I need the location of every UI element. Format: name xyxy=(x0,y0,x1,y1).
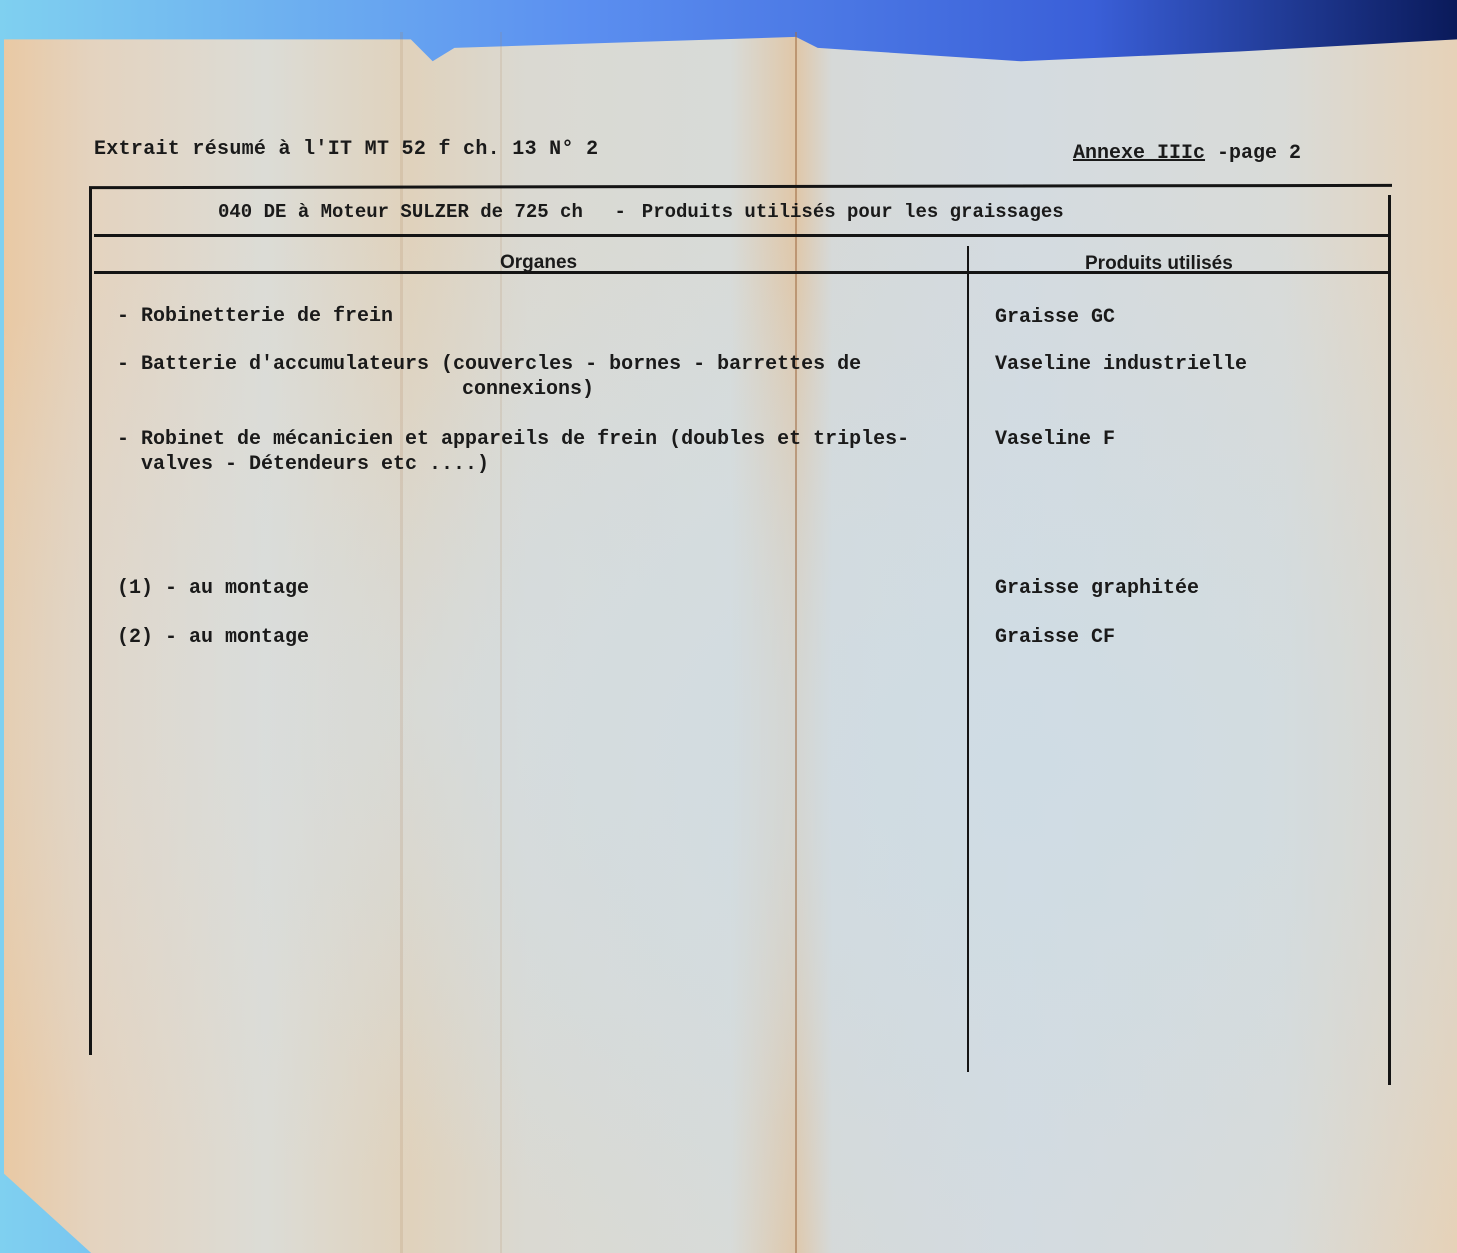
column-header-produits: Produits utilisés xyxy=(1085,253,1233,275)
organe-cell: - Robinet de mécanicien et appareils de … xyxy=(117,427,909,452)
column-divider xyxy=(967,246,969,1072)
produit-cell: Vaseline F xyxy=(995,427,1115,452)
produit-cell: Graisse GC xyxy=(995,305,1115,330)
title-separator: - xyxy=(615,201,626,223)
table-left-border xyxy=(89,187,92,1055)
produit-cell: Graisse CF xyxy=(995,625,1115,650)
document-reference: Extrait résumé à l'IT MT 52 f ch. 13 N° … xyxy=(94,138,598,161)
annex-page-label: Annexe IIIc -page 2 xyxy=(1073,142,1301,165)
organe-cell-continuation: valves - Détendeurs etc ....) xyxy=(141,452,489,477)
table-title: 040 DE à Moteur SULZER de 725 ch - Produ… xyxy=(218,201,1064,223)
organe-cell: (1) - au montage xyxy=(117,576,309,601)
column-header-organes: Organes xyxy=(500,252,577,274)
produit-cell: Graisse graphitée xyxy=(995,576,1199,601)
annex-label: Annexe IIIc xyxy=(1073,142,1205,165)
organe-cell: - Robinetterie de frein xyxy=(117,304,393,329)
page-label: -page 2 xyxy=(1205,142,1301,165)
locomotive-type: 040 DE à Moteur SULZER de 725 ch xyxy=(218,201,583,223)
organe-cell: - Batterie d'accumulateurs (couvercles -… xyxy=(117,352,861,377)
organe-cell: (2) - au montage xyxy=(117,625,309,650)
table-right-border xyxy=(1388,195,1391,1085)
produit-cell: Vaseline industrielle xyxy=(995,352,1247,377)
title-subject: Produits utilisés pour les graissages xyxy=(642,201,1064,223)
organe-cell-continuation: connexions) xyxy=(462,377,594,402)
title-bottom-rule xyxy=(94,234,1388,237)
